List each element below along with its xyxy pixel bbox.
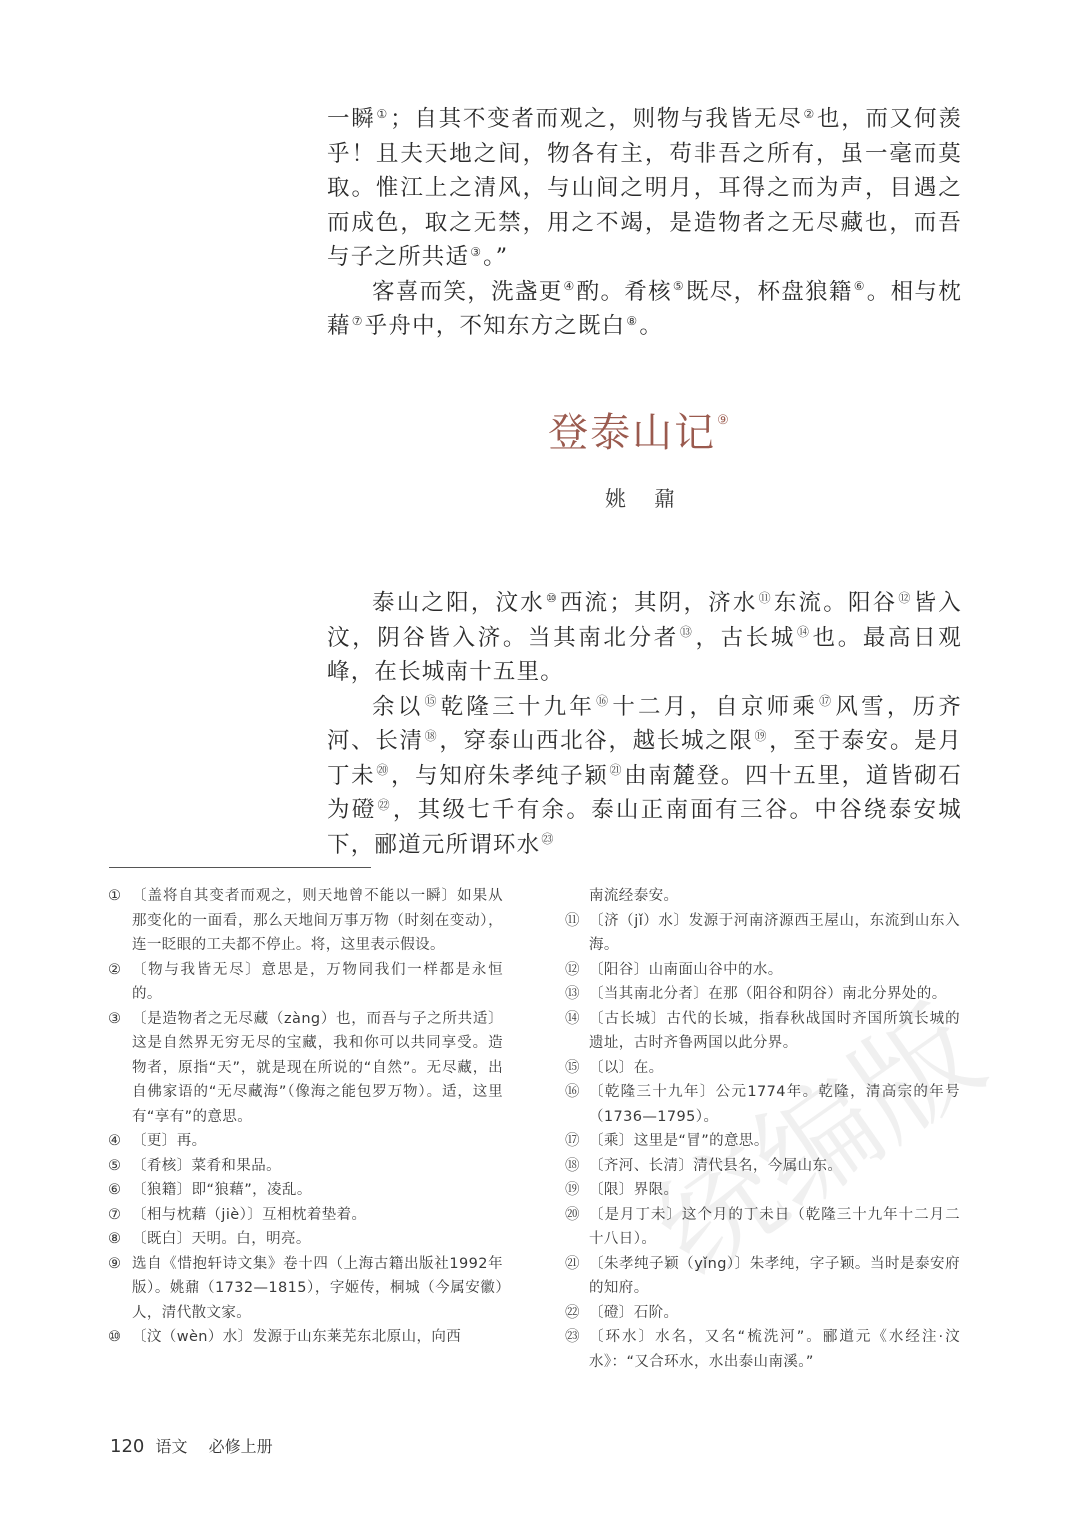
footnote-ref[interactable]: ⑭ xyxy=(797,625,812,639)
text-segment: 泰山之阳，汶水 xyxy=(372,590,545,616)
footnote-number: ① xyxy=(108,884,128,909)
article-title-block: 登泰山记⑨ 姚鼐 xyxy=(540,405,740,513)
footnote-text: 〔朱孝纯子颖（yǐng）〕朱孝纯，字子颖。当时是泰安府的知府。 xyxy=(589,1256,960,1297)
footnote-item: ⑰〔乘〕这里是“冒”的意思。 xyxy=(565,1129,960,1154)
footnote-text: 〔更〕再。 xyxy=(132,1133,207,1149)
article-title-text: 登泰山记 xyxy=(548,410,716,456)
footnote-number: ⑧ xyxy=(108,1227,128,1252)
footnote-text: 〔狼籍〕即“狼藉”，凌乱。 xyxy=(132,1182,312,1198)
page-footer: 120 语文 必修上册 xyxy=(110,1434,273,1457)
article-body: 泰山之阳，汶水⑩西流；其阴，济水⑪东流。阳谷⑫皆入汶，阴谷皆入济。当其南北分者⑬… xyxy=(327,586,962,862)
footnote-text: 〔汶（wèn）水〕发源于山东莱芜东北原山，向西 xyxy=(132,1329,461,1345)
top-passage: 一瞬①；自其不变者而观之，则物与我皆无尽②也，而又何羡乎！且夫天地之间，物各有主… xyxy=(327,102,962,344)
footnote-ref[interactable]: ① xyxy=(377,107,390,121)
article-title: 登泰山记⑨ xyxy=(540,405,740,461)
footnote-ref[interactable]: ⑥ xyxy=(854,279,866,293)
text-segment: 余以 xyxy=(372,694,423,720)
page-number: 120 xyxy=(110,1436,144,1457)
footnote-item: ⑱〔齐河、长清〕清代县名，今属山东。 xyxy=(565,1154,960,1179)
footnote-text: 〔齐河、长清〕清代县名，今属山东。 xyxy=(589,1158,842,1174)
footnote-ref[interactable]: ⑲ xyxy=(754,729,768,743)
text-segment: 既尽，杯盘狼籍 xyxy=(686,279,853,305)
footnote-ref[interactable]: ⑯ xyxy=(596,694,611,708)
text-segment: 乾隆三十九年 xyxy=(441,694,595,720)
book-subject: 语文 xyxy=(155,1437,187,1456)
text-segment: 酌。肴核 xyxy=(577,279,672,305)
footnote-item: ㉒〔磴〕石阶。 xyxy=(565,1301,960,1326)
footnote-text: 〔阳谷〕山南面山谷中的水。 xyxy=(589,962,783,978)
footnote-continuation: 南流经泰安。 xyxy=(565,884,960,909)
footnote-text: 〔乘〕这里是“冒”的意思。 xyxy=(589,1133,769,1149)
footnote-ref[interactable]: ④ xyxy=(564,279,576,293)
text-segment: ，与知府朱孝纯子颖 xyxy=(391,763,608,789)
footnote-item: ⑲〔限〕界限。 xyxy=(565,1178,960,1203)
footnote-number: ⑰ xyxy=(565,1129,585,1154)
paragraph: 泰山之阳，汶水⑩西流；其阴，济水⑪东流。阳谷⑫皆入汶，阴谷皆入济。当其南北分者⑬… xyxy=(327,586,962,690)
footnote-ref[interactable]: ㉒ xyxy=(378,798,392,812)
text-segment: ，穿泰山西北谷，越长城之限 xyxy=(439,728,753,754)
footnote-item: ⑯〔乾隆三十九年〕公元1774年。乾隆，清高宗的年号（1736—1795）。 xyxy=(565,1080,960,1129)
footnote-text: 选自《惜抱轩诗文集》卷十四（上海古籍出版社1992年版）。姚鼐（1732—181… xyxy=(132,1256,503,1321)
footnote-item: ⑫〔阳谷〕山南面山谷中的水。 xyxy=(565,958,960,983)
footnote-text: 〔乾隆三十九年〕公元1774年。乾隆，清高宗的年号（1736—1795）。 xyxy=(589,1084,960,1125)
footnote-number: ③ xyxy=(108,1007,128,1032)
footnote-text: 〔以〕在。 xyxy=(589,1060,664,1076)
footnote-item: ③〔是造物者之无尽藏（zàng）也，而吾与子之所共适〕这是自然界无穷无尽的宝藏，… xyxy=(108,1007,503,1130)
footnote-text: 〔当其南北分者〕在那（阳谷和阴谷）南北分界处的。 xyxy=(589,986,947,1002)
footnote-item: ㉓〔环水〕水名，又名“梳洗河”。郦道元《水经注·汶水》：“又合环水，水出泰山南溪… xyxy=(565,1325,960,1374)
footnote-text: 〔肴核〕菜肴和果品。 xyxy=(132,1158,281,1174)
footnote-separator xyxy=(109,867,371,868)
footnote-item: ⑳〔是月丁未〕这个月的丁未日（乾隆三十九年十二月二十八日）。 xyxy=(565,1203,960,1252)
footnote-item: ②〔物与我皆无尽〕意思是，万物同我们一样都是永恒的。 xyxy=(108,958,503,1007)
footnote-number: ⑮ xyxy=(565,1056,585,1081)
footnote-ref[interactable]: ⑬ xyxy=(680,625,695,639)
footnote-number: ㉑ xyxy=(565,1252,585,1277)
footnote-text: 〔环水〕水名，又名“梳洗河”。郦道元《水经注·汶水》：“又合环水，水出泰山南溪。… xyxy=(589,1329,960,1370)
footnotes-right-column: 南流经泰安。 ⑪〔济（jǐ）水〕发源于河南济源西王屋山，东流到山东入海。⑫〔阳谷… xyxy=(565,884,960,1374)
text-segment: 客喜而笑，洗盏更 xyxy=(372,279,563,305)
footnote-number: ⑫ xyxy=(565,958,585,983)
footnote-ref[interactable]: ⑩ xyxy=(546,591,559,605)
footnote-item: ⑮〔以〕在。 xyxy=(565,1056,960,1081)
footnote-number: ⑱ xyxy=(565,1154,585,1179)
text-segment: 乎舟中，不知东方之既白 xyxy=(365,313,626,339)
footnote-number: ⑭ xyxy=(565,1007,585,1032)
footnote-item: ⑪〔济（jǐ）水〕发源于河南济源西王屋山，东流到山东入海。 xyxy=(565,909,960,958)
footnote-ref[interactable]: ③ xyxy=(470,245,482,259)
footnote-item: ⑥〔狼籍〕即“狼藉”，凌乱。 xyxy=(108,1178,503,1203)
footnote-ref[interactable]: ⑧ xyxy=(626,314,638,328)
text-segment: 十二月，自京师乘 xyxy=(612,694,818,720)
text-segment: ，古长城 xyxy=(695,625,796,651)
footnote-text: 〔济（jǐ）水〕发源于河南济源西王屋山，东流到山东入海。 xyxy=(589,913,960,954)
footnote-item: ⑭〔古长城〕古代的长城，指春秋战国时齐国所筑长城的遗址，古时齐鲁两国以此分界。 xyxy=(565,1007,960,1056)
footnote-ref[interactable]: ㉑ xyxy=(609,763,623,777)
book-volume: 必修上册 xyxy=(209,1437,273,1456)
text-segment: 。” xyxy=(483,244,508,270)
footnote-ref[interactable]: ⑱ xyxy=(425,729,439,743)
footnote-number: ㉒ xyxy=(565,1301,585,1326)
text-segment: 东流。阳谷 xyxy=(774,590,898,616)
footnote-item: ④〔更〕再。 xyxy=(108,1129,503,1154)
footnote-text: 〔盖将自其变者而观之，则天地曾不能以一瞬〕如果从那变化的一面看，那么天地间万事万… xyxy=(132,888,503,953)
footnote-ref[interactable]: ㉓ xyxy=(541,832,554,846)
footnote-ref[interactable]: ⑫ xyxy=(898,591,912,605)
footnote-number: ⑦ xyxy=(108,1203,128,1228)
footnote-number: ⑳ xyxy=(565,1203,585,1228)
text-segment: 西流；其阴，济水 xyxy=(560,590,758,616)
text-segment: ；自其不变者而观之，则物与我皆无尽 xyxy=(390,106,802,132)
footnote-ref[interactable]: ② xyxy=(803,107,816,121)
text-segment: 。 xyxy=(639,313,663,339)
footnote-number: ⑤ xyxy=(108,1154,128,1179)
footnote-text: 〔是造物者之无尽藏（zàng）也，而吾与子之所共适〕这是自然界无穷无尽的宝藏，我… xyxy=(132,1011,503,1125)
text-segment: 一瞬 xyxy=(327,106,376,132)
footnote-ref[interactable]: ⑰ xyxy=(819,694,834,708)
footnote-item: ①〔盖将自其变者而观之，则天地曾不能以一瞬〕如果从那变化的一面看，那么天地间万事… xyxy=(108,884,503,958)
footnote-text: 〔限〕界限。 xyxy=(589,1182,678,1198)
footnote-item: ⑦〔相与枕藉（jiè）〕互相枕着垫着。 xyxy=(108,1203,503,1228)
footnotes-left-column: ①〔盖将自其变者而观之，则天地曾不能以一瞬〕如果从那变化的一面看，那么天地间万事… xyxy=(108,884,503,1350)
footnote-item: ⑬〔当其南北分者〕在那（阳谷和阴谷）南北分界处的。 xyxy=(565,982,960,1007)
footnote-number: ⑥ xyxy=(108,1178,128,1203)
paragraph: 客喜而笑，洗盏更④酌。肴核⑤既尽，杯盘狼籍⑥。相与枕藉⑦乎舟中，不知东方之既白⑧… xyxy=(327,275,962,344)
footnote-text: 〔磴〕石阶。 xyxy=(589,1305,678,1321)
footnote-number: ⑪ xyxy=(565,909,585,934)
footnote-ref[interactable]: ⑦ xyxy=(352,314,364,328)
footnote-number: ⑬ xyxy=(565,982,585,1007)
footnote-item: ⑨选自《惜抱轩诗文集》卷十四（上海古籍出版社1992年版）。姚鼐（1732—18… xyxy=(108,1252,503,1326)
footnote-item: ⑤〔肴核〕菜肴和果品。 xyxy=(108,1154,503,1179)
footnote-item: ㉑〔朱孝纯子颖（yǐng）〕朱孝纯，字子颖。当时是泰安府的知府。 xyxy=(565,1252,960,1301)
footnote-ref[interactable]: ⑮ xyxy=(424,694,439,708)
footnote-item: ⑩〔汶（wèn）水〕发源于山东莱芜东北原山，向西 xyxy=(108,1325,503,1350)
paragraph: 余以⑮乾隆三十九年⑯十二月，自京师乘⑰风雪，历齐河、长清⑱，穿泰山西北谷，越长城… xyxy=(327,690,962,863)
footnote-text: 〔既白〕天明。白，明亮。 xyxy=(132,1231,311,1247)
footnote-text: 〔物与我皆无尽〕意思是，万物同我们一样都是永恒的。 xyxy=(132,962,503,1003)
footnote-ref[interactable]: ⑳ xyxy=(376,763,390,777)
footnote-number: ② xyxy=(108,958,128,983)
footnote-text: 〔相与枕藉（jiè）〕互相枕着垫着。 xyxy=(132,1207,366,1223)
footnote-number: ⑯ xyxy=(565,1080,585,1105)
footnote-ref[interactable]: ⑪ xyxy=(759,591,773,605)
footnote-number: ⑲ xyxy=(565,1178,585,1203)
footnote-number: ⑩ xyxy=(108,1325,128,1350)
paragraph: 一瞬①；自其不变者而观之，则物与我皆无尽②也，而又何羡乎！且夫天地之间，物各有主… xyxy=(327,102,962,275)
title-footnote-ref[interactable]: ⑨ xyxy=(717,413,731,428)
footnote-ref[interactable]: ⑤ xyxy=(673,279,685,293)
text-segment: ，其级七千有余。泰山正南面有三谷。中谷绕泰安城下，郦道元所谓环水 xyxy=(327,797,962,858)
footnote-number: ⑨ xyxy=(108,1252,128,1277)
footnote-text: 〔是月丁未〕这个月的丁未日（乾隆三十九年十二月二十八日）。 xyxy=(589,1207,960,1248)
footnote-item: ⑧〔既白〕天明。白，明亮。 xyxy=(108,1227,503,1252)
footnote-number: ④ xyxy=(108,1129,128,1154)
article-author: 姚鼐 xyxy=(540,483,740,513)
footnote-number: ㉓ xyxy=(565,1325,585,1350)
footnote-text: 〔古长城〕古代的长城，指春秋战国时齐国所筑长城的遗址，古时齐鲁两国以此分界。 xyxy=(589,1011,960,1052)
